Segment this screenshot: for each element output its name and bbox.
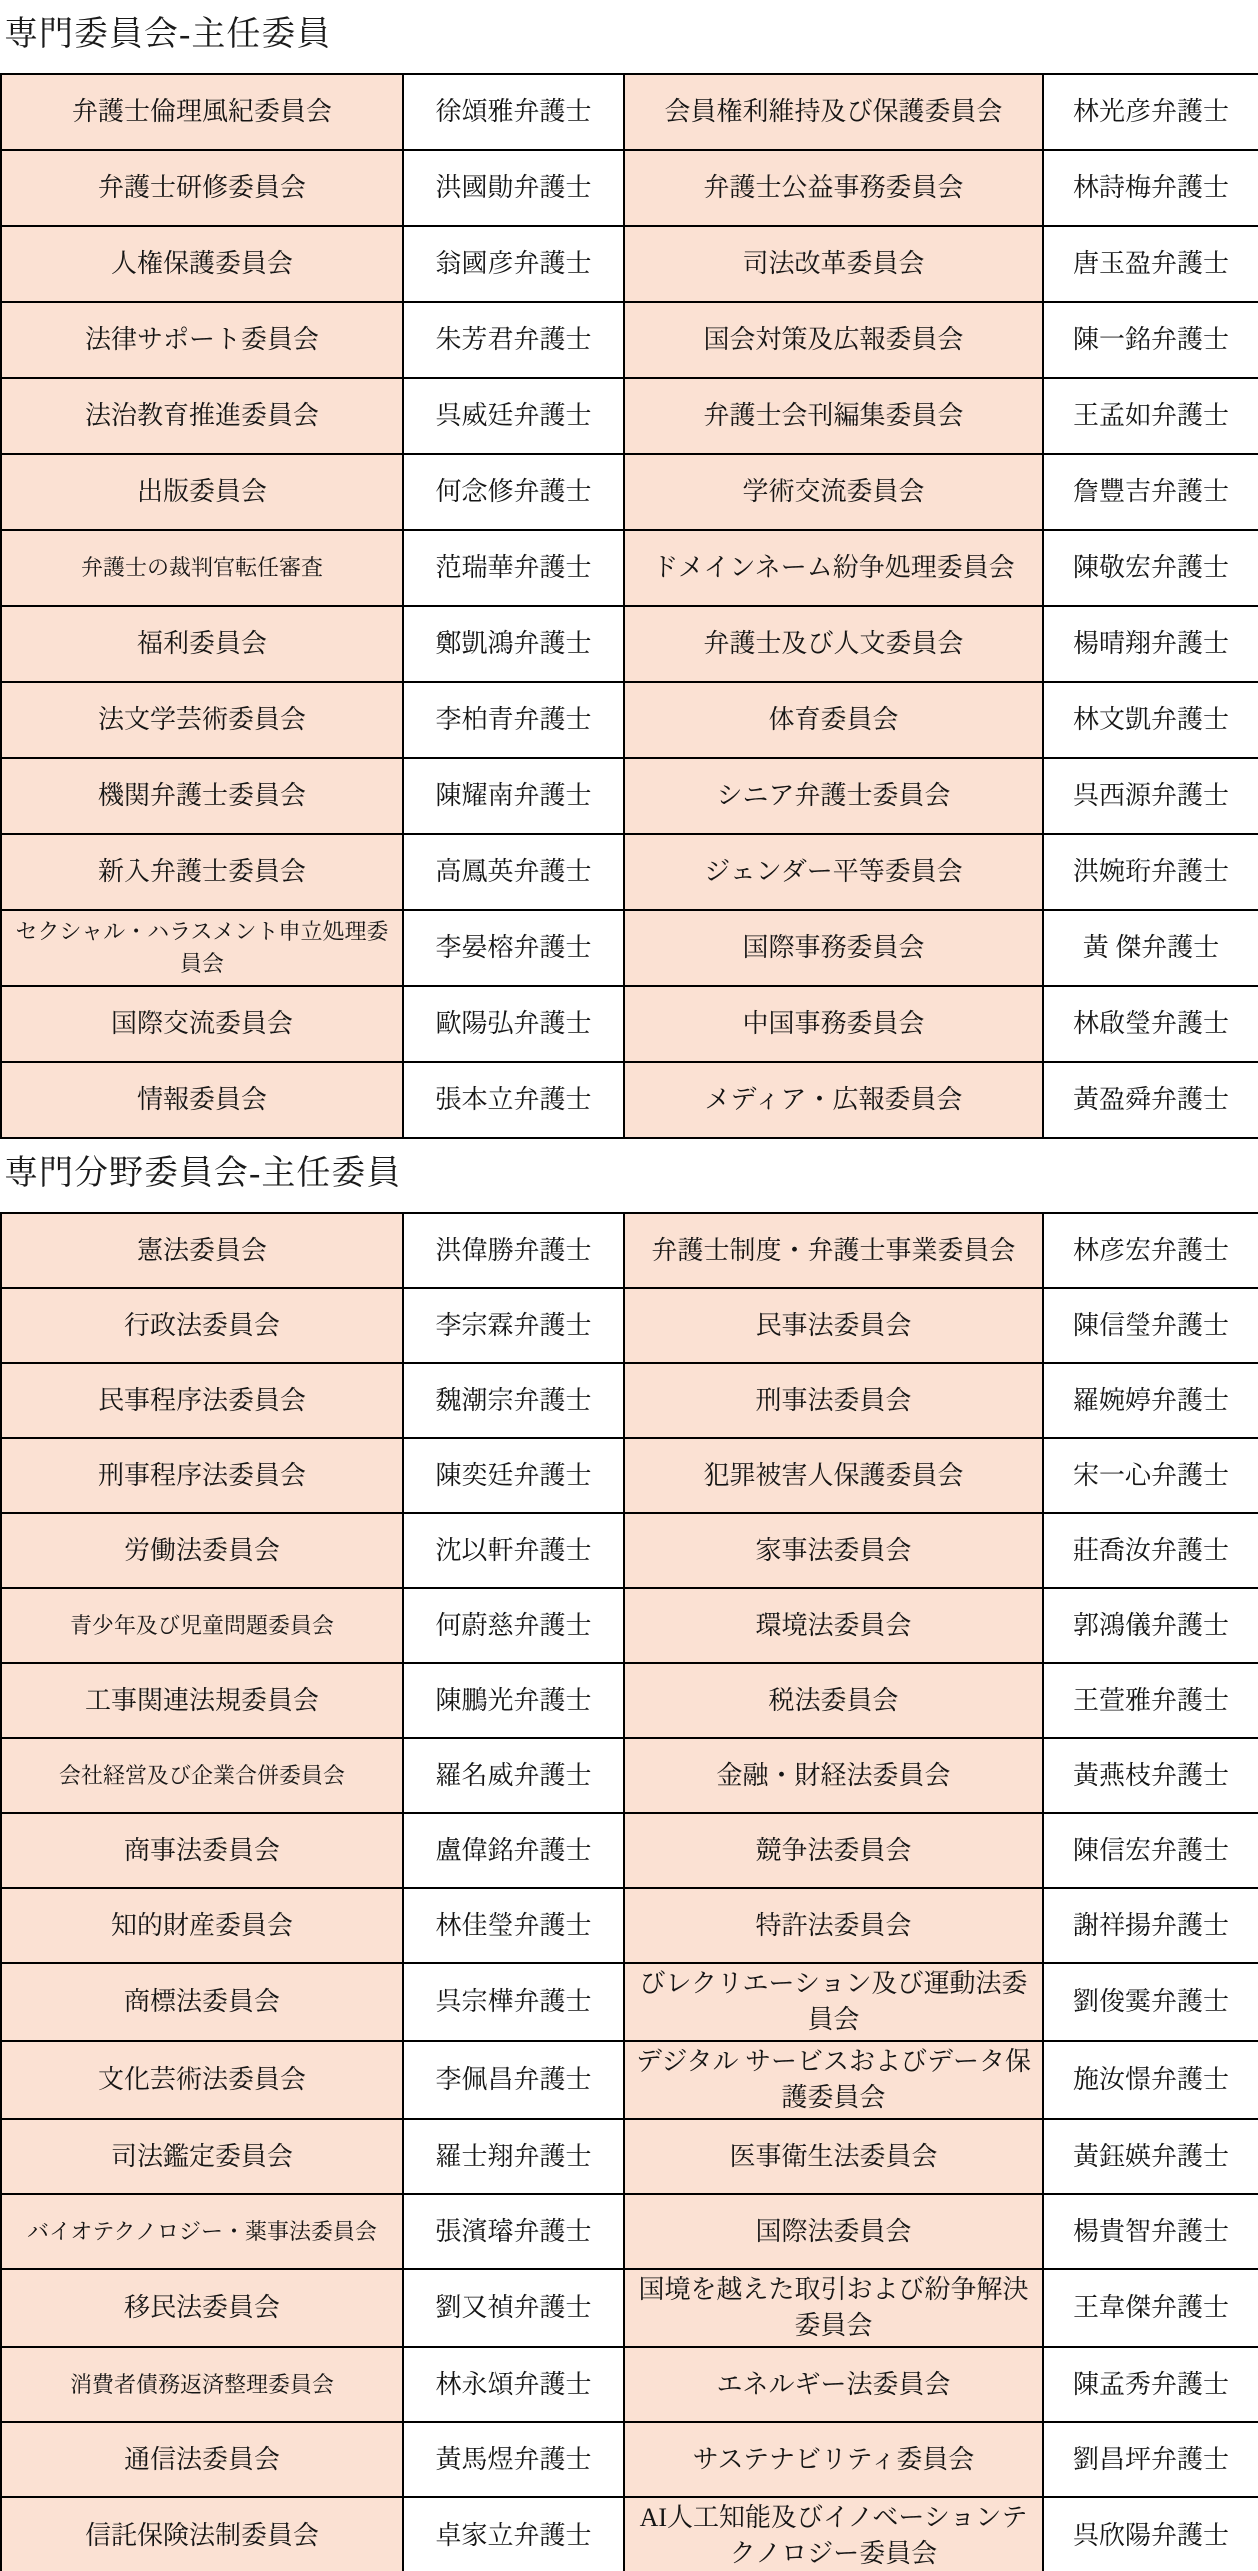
- chief-member-cell: 呉威廷弁護士: [403, 378, 624, 454]
- committee-name-cell: 司法改革委員会: [624, 226, 1043, 302]
- table-row: 福利委員会鄭凱鴻弁護士弁護士及び人文委員会楊晴翔弁護士: [1, 606, 1258, 682]
- committee-name-cell: デジタル サービスおよびデータ保護委員会: [624, 2041, 1043, 2119]
- chief-member-cell: 魏潮宗弁護士: [403, 1363, 624, 1438]
- committee-name-cell: 競争法委員会: [624, 1813, 1043, 1888]
- committee-name-cell: 国際法委員会: [624, 2194, 1043, 2269]
- chief-member-cell: 高鳳英弁護士: [403, 834, 624, 910]
- table-row: 知的財産委員会林佳瑩弁護士特許法委員会謝祥揚弁護士: [1, 1888, 1258, 1963]
- table-row: 人権保護委員会翁國彦弁護士司法改革委員会唐玉盈弁護士: [1, 226, 1258, 302]
- table-row: 行政法委員会李宗霖弁護士民事法委員会陳信瑩弁護士: [1, 1288, 1258, 1363]
- chief-member-cell: 林佳瑩弁護士: [403, 1888, 624, 1963]
- committee-name-cell: 国境を越えた取引および紛争解決委員会: [624, 2269, 1043, 2347]
- table-row: 労働法委員会沈以軒弁護士家事法委員会莊喬汝弁護士: [1, 1513, 1258, 1588]
- committee-name-cell: 国際交流委員会: [1, 986, 403, 1062]
- table-row: 商標法委員会呉宗樺弁護士びレクリエーション及び運動法委員会劉俊霙弁護士: [1, 1963, 1258, 2041]
- table-row: 情報委員会張本立弁護士メディア・広報委員会黃盈舜弁護士: [1, 1062, 1258, 1138]
- chief-member-cell: 楊貴智弁護士: [1043, 2194, 1258, 2269]
- chief-member-cell: 施汝憬弁護士: [1043, 2041, 1258, 2119]
- committee-name-cell: 人権保護委員会: [1, 226, 403, 302]
- table-row: 消費者債務返済整理委員会林永頌弁護士エネルギー法委員会陳孟秀弁護士: [1, 2347, 1258, 2422]
- page: 専門委員会-主任委員 弁護士倫理風紀委員会徐頌雅弁護士会員権利維持及び保護委員会…: [0, 0, 1258, 2571]
- table-row: 法文学芸術委員会李柏青弁護士体育委員会林文凱弁護士: [1, 682, 1258, 758]
- chief-member-cell: 羅名威弁護士: [403, 1738, 624, 1813]
- committee-name-cell: 環境法委員会: [624, 1588, 1043, 1663]
- committee-name-cell: 弁護士研修委員会: [1, 150, 403, 226]
- chief-member-cell: 陳耀南弁護士: [403, 758, 624, 834]
- committee-name-cell: ドメインネーム紛争処理委員会: [624, 530, 1043, 606]
- chief-member-cell: 朱芳君弁護士: [403, 302, 624, 378]
- committee-name-cell: 行政法委員会: [1, 1288, 403, 1363]
- committee-name-cell: 刑事法委員会: [624, 1363, 1043, 1438]
- committee-name-cell: 学術交流委員会: [624, 454, 1043, 530]
- committee-name-cell: 弁護士制度・弁護士事業委員会: [624, 1213, 1043, 1288]
- committee-name-cell: 医事衛生法委員会: [624, 2119, 1043, 2194]
- chief-member-cell: 陳一銘弁護士: [1043, 302, 1258, 378]
- committee-name-cell: 工事関連法規委員会: [1, 1663, 403, 1738]
- committee-name-cell: バイオテクノロジー・薬事法委員会: [1, 2194, 403, 2269]
- table-row: 弁護士の裁判官転任審査范瑞華弁護士ドメインネーム紛争処理委員会陳敬宏弁護士: [1, 530, 1258, 606]
- chief-member-cell: 呉西源弁護士: [1043, 758, 1258, 834]
- chief-member-cell: 張本立弁護士: [403, 1062, 624, 1138]
- committee-name-cell: 通信法委員会: [1, 2422, 403, 2497]
- chief-member-cell: 林彦宏弁護士: [1043, 1213, 1258, 1288]
- committee-name-cell: シニア弁護士委員会: [624, 758, 1043, 834]
- chief-member-cell: 李晏榕弁護士: [403, 910, 624, 986]
- chief-member-cell: 黃鈺媖弁護士: [1043, 2119, 1258, 2194]
- table-row: 工事関連法規委員会陳鵬光弁護士税法委員会王萱雅弁護士: [1, 1663, 1258, 1738]
- committee-name-cell: 知的財産委員会: [1, 1888, 403, 1963]
- chief-member-cell: 郭鴻儀弁護士: [1043, 1588, 1258, 1663]
- chief-member-cell: 劉昌坪弁護士: [1043, 2422, 1258, 2497]
- committee-name-cell: ジェンダー平等委員会: [624, 834, 1043, 910]
- committee-name-cell: 犯罪被害人保護委員会: [624, 1438, 1043, 1513]
- chief-member-cell: 劉又禎弁護士: [403, 2269, 624, 2347]
- chief-member-cell: 林啟瑩弁護士: [1043, 986, 1258, 1062]
- committee-name-cell: 中国事務委員会: [624, 986, 1043, 1062]
- committee-name-cell: 弁護士倫理風紀委員会: [1, 74, 403, 150]
- table-row: セクシャル・ハラスメント申立処理委員会李晏榕弁護士国際事務委員会黃 傑弁護士: [1, 910, 1258, 986]
- committee-name-cell: 憲法委員会: [1, 1213, 403, 1288]
- chief-member-cell: 王孟如弁護士: [1043, 378, 1258, 454]
- committee-name-cell: 刑事程序法委員会: [1, 1438, 403, 1513]
- chief-member-cell: 呉欣陽弁護士: [1043, 2497, 1258, 2571]
- chief-member-cell: 盧偉銘弁護士: [403, 1813, 624, 1888]
- committee-name-cell: 移民法委員会: [1, 2269, 403, 2347]
- table-row: 民事程序法委員会魏潮宗弁護士刑事法委員会羅婉婷弁護士: [1, 1363, 1258, 1438]
- chief-member-cell: 張濱璿弁護士: [403, 2194, 624, 2269]
- committee-name-cell: 会社経営及び企業合併委員会: [1, 1738, 403, 1813]
- chief-member-cell: 何念修弁護士: [403, 454, 624, 530]
- chief-member-cell: 呉宗樺弁護士: [403, 1963, 624, 2041]
- committee-name-cell: 消費者債務返済整理委員会: [1, 2347, 403, 2422]
- chief-member-cell: 洪國勛弁護士: [403, 150, 624, 226]
- chief-member-cell: 鄭凱鴻弁護士: [403, 606, 624, 682]
- chief-member-cell: 沈以軒弁護士: [403, 1513, 624, 1588]
- committee-name-cell: 民事程序法委員会: [1, 1363, 403, 1438]
- specialized-field-committee-table: 憲法委員会洪偉勝弁護士弁護士制度・弁護士事業委員会林彦宏弁護士行政法委員会李宗霖…: [0, 1212, 1258, 2571]
- chief-member-cell: 謝祥揚弁護士: [1043, 1888, 1258, 1963]
- table-row: 国際交流委員会歐陽弘弁護士中国事務委員会林啟瑩弁護士: [1, 986, 1258, 1062]
- committee-name-cell: 福利委員会: [1, 606, 403, 682]
- table-row: 法治教育推進委員会呉威廷弁護士弁護士会刊編集委員会王孟如弁護士: [1, 378, 1258, 454]
- special-committee-table: 弁護士倫理風紀委員会徐頌雅弁護士会員権利維持及び保護委員会林光彦弁護士弁護士研修…: [0, 73, 1258, 1139]
- table-row: 移民法委員会劉又禎弁護士国境を越えた取引および紛争解決委員会王韋傑弁護士: [1, 2269, 1258, 2347]
- chief-member-cell: 劉俊霙弁護士: [1043, 1963, 1258, 2041]
- chief-member-cell: 莊喬汝弁護士: [1043, 1513, 1258, 1588]
- committee-name-cell: 出版委員会: [1, 454, 403, 530]
- committee-name-cell: メディア・広報委員会: [624, 1062, 1043, 1138]
- chief-member-cell: 羅婉婷弁護士: [1043, 1363, 1258, 1438]
- committee-name-cell: 国会対策及広報委員会: [624, 302, 1043, 378]
- committee-name-cell: サステナビリティ委員会: [624, 2422, 1043, 2497]
- committee-name-cell: 体育委員会: [624, 682, 1043, 758]
- committee-name-cell: 法治教育推進委員会: [1, 378, 403, 454]
- chief-member-cell: 黃燕枝弁護士: [1043, 1738, 1258, 1813]
- chief-member-cell: 黃馬煜弁護士: [403, 2422, 624, 2497]
- chief-member-cell: 翁國彦弁護士: [403, 226, 624, 302]
- chief-member-cell: 李宗霖弁護士: [403, 1288, 624, 1363]
- committee-name-cell: 情報委員会: [1, 1062, 403, 1138]
- committee-name-cell: 青少年及び児童問題委員会: [1, 1588, 403, 1663]
- chief-member-cell: 陳敬宏弁護士: [1043, 530, 1258, 606]
- committee-name-cell: 民事法委員会: [624, 1288, 1043, 1363]
- table-row: 法律サポート委員会朱芳君弁護士国会対策及広報委員会陳一銘弁護士: [1, 302, 1258, 378]
- chief-member-cell: 林永頌弁護士: [403, 2347, 624, 2422]
- committee-name-cell: 法文学芸術委員会: [1, 682, 403, 758]
- chief-member-cell: 王韋傑弁護士: [1043, 2269, 1258, 2347]
- chief-member-cell: 王萱雅弁護士: [1043, 1663, 1258, 1738]
- table-row: バイオテクノロジー・薬事法委員会張濱璿弁護士国際法委員会楊貴智弁護士: [1, 2194, 1258, 2269]
- chief-member-cell: 唐玉盈弁護士: [1043, 226, 1258, 302]
- chief-member-cell: 李佩昌弁護士: [403, 2041, 624, 2119]
- table-row: 出版委員会何念修弁護士学術交流委員会詹豐吉弁護士: [1, 454, 1258, 530]
- chief-member-cell: 歐陽弘弁護士: [403, 986, 624, 1062]
- committee-name-cell: 税法委員会: [624, 1663, 1043, 1738]
- table-row: 刑事程序法委員会陳奕廷弁護士犯罪被害人保護委員会宋一心弁護士: [1, 1438, 1258, 1513]
- committee-name-cell: 新入弁護士委員会: [1, 834, 403, 910]
- committee-name-cell: 商事法委員会: [1, 1813, 403, 1888]
- table-row: 機関弁護士委員会陳耀南弁護士シニア弁護士委員会呉西源弁護士: [1, 758, 1258, 834]
- committee-name-cell: 国際事務委員会: [624, 910, 1043, 986]
- committee-name-cell: 金融・財経法委員会: [624, 1738, 1043, 1813]
- committee-name-cell: 弁護士公益事務委員会: [624, 150, 1043, 226]
- table-row: 文化芸術法委員会李佩昌弁護士デジタル サービスおよびデータ保護委員会施汝憬弁護士: [1, 2041, 1258, 2119]
- table-row: 司法鑑定委員会羅士翔弁護士医事衛生法委員会黃鈺媖弁護士: [1, 2119, 1258, 2194]
- table-row: 新入弁護士委員会高鳳英弁護士ジェンダー平等委員会洪婉珩弁護士: [1, 834, 1258, 910]
- committee-name-cell: 文化芸術法委員会: [1, 2041, 403, 2119]
- committee-name-cell: 弁護士の裁判官転任審査: [1, 530, 403, 606]
- committee-name-cell: セクシャル・ハラスメント申立処理委員会: [1, 910, 403, 986]
- committee-name-cell: 弁護士及び人文委員会: [624, 606, 1043, 682]
- committee-name-cell: 弁護士会刊編集委員会: [624, 378, 1043, 454]
- chief-member-cell: 黃盈舜弁護士: [1043, 1062, 1258, 1138]
- chief-member-cell: 宋一心弁護士: [1043, 1438, 1258, 1513]
- table-row: 弁護士研修委員会洪國勛弁護士弁護士公益事務委員会林詩梅弁護士: [1, 150, 1258, 226]
- committee-name-cell: 家事法委員会: [624, 1513, 1043, 1588]
- chief-member-cell: 陳孟秀弁護士: [1043, 2347, 1258, 2422]
- chief-member-cell: 陳信瑩弁護士: [1043, 1288, 1258, 1363]
- committee-name-cell: エネルギー法委員会: [624, 2347, 1043, 2422]
- chief-member-cell: 洪婉珩弁護士: [1043, 834, 1258, 910]
- chief-member-cell: 林光彦弁護士: [1043, 74, 1258, 150]
- chief-member-cell: 徐頌雅弁護士: [403, 74, 624, 150]
- table-row: 弁護士倫理風紀委員会徐頌雅弁護士会員権利維持及び保護委員会林光彦弁護士: [1, 74, 1258, 150]
- committee-name-cell: 商標法委員会: [1, 1963, 403, 2041]
- chief-member-cell: 林文凱弁護士: [1043, 682, 1258, 758]
- chief-member-cell: 楊晴翔弁護士: [1043, 606, 1258, 682]
- chief-member-cell: 陳鵬光弁護士: [403, 1663, 624, 1738]
- section-1-title: 専門委員会-主任委員: [0, 0, 1258, 58]
- committee-name-cell: 法律サポート委員会: [1, 302, 403, 378]
- chief-member-cell: 陳奕廷弁護士: [403, 1438, 624, 1513]
- chief-member-cell: 羅士翔弁護士: [403, 2119, 624, 2194]
- chief-member-cell: 陳信宏弁護士: [1043, 1813, 1258, 1888]
- table-row: 通信法委員会黃馬煜弁護士サステナビリティ委員会劉昌坪弁護士: [1, 2422, 1258, 2497]
- chief-member-cell: 林詩梅弁護士: [1043, 150, 1258, 226]
- committee-name-cell: 司法鑑定委員会: [1, 2119, 403, 2194]
- table-row: 会社経営及び企業合併委員会羅名威弁護士金融・財経法委員会黃燕枝弁護士: [1, 1738, 1258, 1813]
- table-row: 信託保険法制委員会卓家立弁護士AI人工知能及びイノベーションテクノロジー委員会呉…: [1, 2497, 1258, 2571]
- table-row: 青少年及び児童問題委員会何蔚慈弁護士環境法委員会郭鴻儀弁護士: [1, 1588, 1258, 1663]
- chief-member-cell: 洪偉勝弁護士: [403, 1213, 624, 1288]
- chief-member-cell: 黃 傑弁護士: [1043, 910, 1258, 986]
- section-2-title: 専門分野委員会-主任委員: [0, 1139, 1258, 1197]
- table-row: 憲法委員会洪偉勝弁護士弁護士制度・弁護士事業委員会林彦宏弁護士: [1, 1213, 1258, 1288]
- chief-member-cell: 卓家立弁護士: [403, 2497, 624, 2571]
- committee-name-cell: びレクリエーション及び運動法委員会: [624, 1963, 1043, 2041]
- committee-name-cell: 労働法委員会: [1, 1513, 403, 1588]
- committee-name-cell: 特許法委員会: [624, 1888, 1043, 1963]
- committee-name-cell: 会員権利維持及び保護委員会: [624, 74, 1043, 150]
- chief-member-cell: 范瑞華弁護士: [403, 530, 624, 606]
- table-row: 商事法委員会盧偉銘弁護士競争法委員会陳信宏弁護士: [1, 1813, 1258, 1888]
- committee-name-cell: 機関弁護士委員会: [1, 758, 403, 834]
- committee-name-cell: 信託保険法制委員会: [1, 2497, 403, 2571]
- chief-member-cell: 李柏青弁護士: [403, 682, 624, 758]
- committee-name-cell: AI人工知能及びイノベーションテクノロジー委員会: [624, 2497, 1043, 2571]
- chief-member-cell: 詹豐吉弁護士: [1043, 454, 1258, 530]
- chief-member-cell: 何蔚慈弁護士: [403, 1588, 624, 1663]
